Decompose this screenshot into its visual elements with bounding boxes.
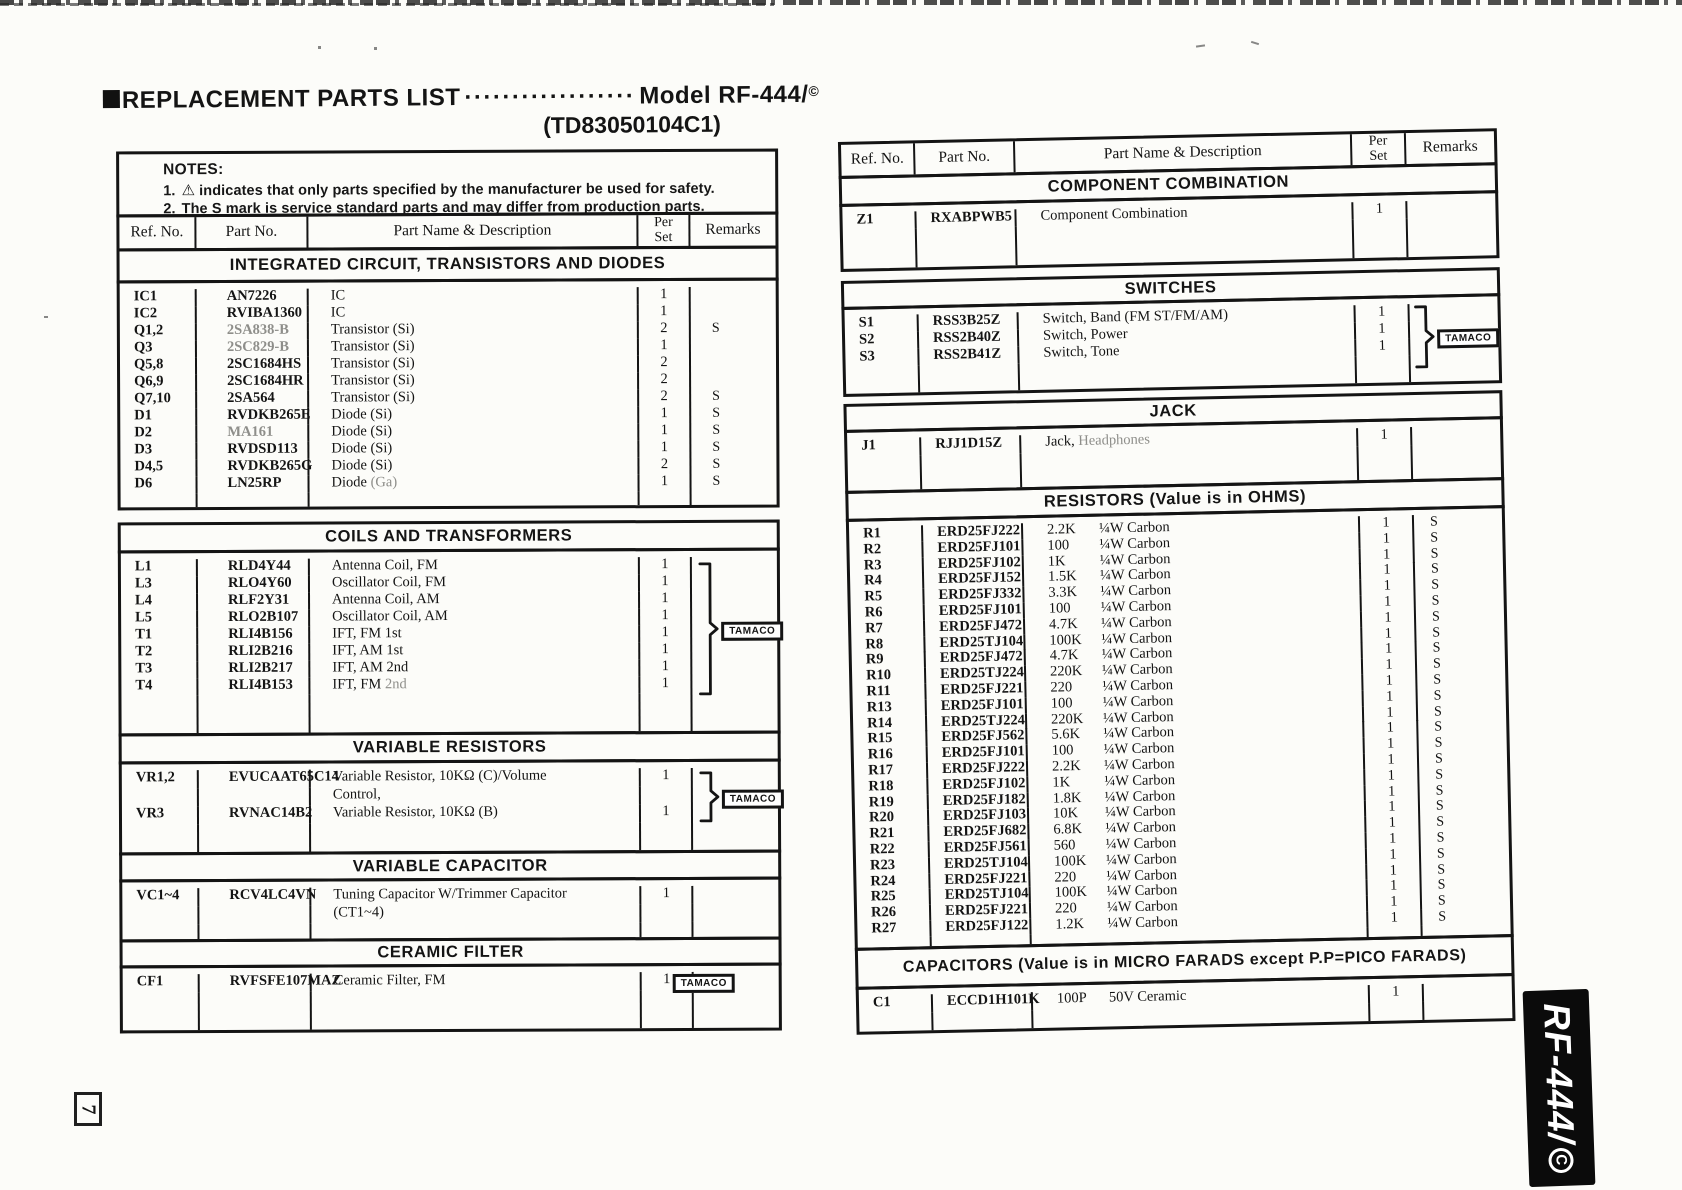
cell-desc: Diode (Si) xyxy=(309,406,639,424)
cell-part: RVFSFE107MAZ xyxy=(200,974,312,992)
cell-part: RVDKB265G xyxy=(197,459,309,476)
cell-per: 1 xyxy=(639,287,691,304)
brace-bracket xyxy=(695,561,720,702)
cell-per xyxy=(1370,1002,1424,1021)
cell-ref: Q6,9 xyxy=(120,374,197,391)
cell-part xyxy=(933,1010,1033,1030)
cell-per xyxy=(1368,926,1422,937)
cell-part: AN7226 xyxy=(197,289,309,306)
cell-rem: S xyxy=(691,389,776,406)
scan-noise-artifact xyxy=(0,3,774,6)
cell-rem xyxy=(692,491,777,505)
cell-ref xyxy=(848,455,923,491)
cell-per: 1 xyxy=(641,886,693,904)
cell-desc: Transistor (Si) xyxy=(309,389,639,407)
cell-ref: D4,5 xyxy=(120,459,197,476)
cell-ref: VR3 xyxy=(122,806,199,824)
cell-per: 1 xyxy=(1356,338,1410,356)
cell-rem xyxy=(1408,216,1497,257)
cell-desc: Variable Resistor, 10KΩ (B) xyxy=(311,804,641,823)
cell-part: 2SC1684HR xyxy=(197,374,309,391)
cell-ref: D1 xyxy=(120,408,197,425)
notes-heading: NOTES: xyxy=(163,159,775,180)
cell-part xyxy=(932,934,1032,946)
cell-desc: Tuning Capacitor W/Trimmer Capacitor xyxy=(311,886,641,905)
cell-rem xyxy=(694,990,779,1028)
cell-ref: IC1 xyxy=(120,289,197,306)
cell-per: 1 xyxy=(639,304,691,321)
document-header: REPLACEMENT PARTS LIST ·················… xyxy=(103,81,823,143)
cell-ref: R1 xyxy=(849,525,923,542)
col-header-perset: PerSet xyxy=(1352,133,1407,165)
cell-per: 1 xyxy=(640,608,692,625)
cell-per xyxy=(642,990,694,1028)
tamaco-overlay: TAMACO xyxy=(695,561,784,702)
cell-part xyxy=(199,788,311,806)
cell-desc: Oscillator Coil, FM xyxy=(310,574,640,592)
cell-per: 1 xyxy=(1368,910,1422,927)
cell-desc: Diode (Si) xyxy=(309,457,639,475)
list-marker-square xyxy=(103,90,120,108)
cell-per: 1 xyxy=(1364,689,1418,706)
cell-ref: R3 xyxy=(850,557,924,574)
leader-dots: ·················· xyxy=(464,82,635,111)
cell-rem xyxy=(1407,199,1495,218)
cell-ref: D2 xyxy=(120,425,197,442)
cell-desc: Transistor (Si) xyxy=(309,321,639,339)
cell-part: RLI4B153 xyxy=(198,678,310,695)
cell-part: 2SA838-B xyxy=(197,323,309,340)
cell-ref: R2 xyxy=(849,541,923,558)
cell-per: 2 xyxy=(639,457,691,474)
cell-part xyxy=(198,493,310,507)
cell-per: 1 xyxy=(641,804,693,822)
brace-bracket xyxy=(1410,304,1435,375)
cell-ref: R7 xyxy=(851,620,925,637)
cell-part: RJJ1D15Z xyxy=(921,435,1021,455)
cell-per: 1 xyxy=(1353,201,1407,219)
section-rows-switches: S1RSS3B25ZSwitch, Band (FM ST/FM/AM)1S2R… xyxy=(841,293,1502,397)
cell-per: 1 xyxy=(1355,304,1409,322)
cell-part: LN25RP xyxy=(197,476,309,493)
cell-part: 2SC829-B xyxy=(197,340,309,357)
cell-part: MA161 xyxy=(197,425,309,442)
cell-desc: Diode (Ga) xyxy=(309,474,639,492)
section-rows-cf: CF1RVFSFE107MAZCeramic Filter, FM1TAMACO xyxy=(120,963,782,1034)
cell-part xyxy=(200,992,312,1030)
cell-part: RVDKB265E xyxy=(197,408,309,425)
cell-per: 1 xyxy=(1365,752,1419,769)
cell-ref: S2 xyxy=(845,331,919,350)
section-rows-vc: VC1~4RCV4LC4VNTuning Capacitor W/Trimmer… xyxy=(119,877,781,943)
tamaco-overlay: TAMACO xyxy=(1410,302,1500,375)
cell-desc xyxy=(1021,446,1359,487)
model-code: (TD83050104C1) xyxy=(543,110,823,139)
cell-per: 1 xyxy=(640,659,692,676)
cell-desc: IC xyxy=(309,304,639,322)
cell-per: 1 xyxy=(640,574,692,591)
cell-desc: IFT, AM 1st xyxy=(310,642,640,660)
cell-ref: L3 xyxy=(121,576,198,593)
table-filler-row xyxy=(123,990,779,1031)
cell-ref: S1 xyxy=(845,314,919,333)
cell-part: RVNAC14B2 xyxy=(199,806,311,824)
parts-table-right: Ref. No. Part No. Part Name & Descriptio… xyxy=(838,131,1515,1035)
circled-c-mark: C xyxy=(1549,1147,1575,1173)
cell-ref xyxy=(843,228,918,269)
cell-desc: Diode (Si) xyxy=(309,423,639,441)
cell-per: 1 xyxy=(639,440,691,457)
scan-speck xyxy=(318,46,321,49)
cell-per: 2 xyxy=(639,372,691,389)
cell-part: RLO4Y60 xyxy=(198,576,310,593)
cell-ref: R8 xyxy=(851,636,925,653)
cell-per xyxy=(640,491,692,505)
cell-per: 2 xyxy=(639,389,691,406)
cell-per xyxy=(641,922,693,937)
cell-rem xyxy=(1422,924,1510,936)
cell-rem xyxy=(691,287,776,304)
cell-part: RLI2B217 xyxy=(198,661,310,678)
cell-ref: Q5,8 xyxy=(120,357,197,374)
cell-ref xyxy=(122,788,199,806)
cell-desc: Antenna Coil, FM xyxy=(310,557,640,575)
section-rows-coils: L1RLD4Y44Antenna Coil, FM1L3RLO4Y60Oscil… xyxy=(118,548,781,737)
cell-desc: Transistor (Si) xyxy=(309,355,639,373)
cell-ref xyxy=(121,493,198,507)
cell-per xyxy=(640,693,692,731)
note-item: 1.⚠indicates that only parts specified b… xyxy=(163,179,775,200)
cell-per: 1 xyxy=(1365,768,1419,785)
cell-part: RVIBA1360 xyxy=(197,306,309,323)
cell-rem xyxy=(693,904,778,922)
cell-desc: Transistor (Si) xyxy=(309,338,639,356)
cell-desc: IC xyxy=(309,287,639,305)
cell-part xyxy=(198,695,310,733)
cell-part: RLI4B156 xyxy=(198,627,310,644)
cell-rem xyxy=(693,922,778,937)
cell-rem xyxy=(691,338,776,355)
cell-part xyxy=(917,226,1018,267)
cell-ref: Q3 xyxy=(120,340,197,357)
cell-per xyxy=(641,786,693,804)
cell-ref: R23 xyxy=(856,857,930,874)
cell-ref: Q1,2 xyxy=(120,323,197,340)
cell-part: 2SC1684HS xyxy=(197,357,309,374)
cell-rem: S xyxy=(691,440,776,457)
cell-per xyxy=(641,904,693,922)
cell-ref xyxy=(859,1012,933,1032)
cell-part: RLF2Y31 xyxy=(198,593,310,610)
cell-part xyxy=(199,824,311,852)
tamaco-stamp: TAMACO xyxy=(722,790,784,809)
cell-rem xyxy=(1424,982,1512,1002)
cell-ref xyxy=(123,992,200,1030)
cell-ref: D6 xyxy=(120,476,197,493)
cell-per: 1 xyxy=(1356,321,1410,339)
cell-rem xyxy=(1424,1000,1512,1020)
cell-ref: T2 xyxy=(121,644,198,661)
cell-rem xyxy=(1412,443,1501,479)
cell-desc: Diode (Si) xyxy=(309,440,639,458)
cell-per: 1 xyxy=(1360,515,1414,532)
cell-desc: IFT, FM 1st xyxy=(310,625,640,643)
cell-per: 1 xyxy=(1358,427,1412,446)
cell-per: 2 xyxy=(639,355,691,372)
page-number-box: 7 xyxy=(74,1092,102,1126)
table-filler-row xyxy=(121,693,777,734)
cell-per xyxy=(1357,355,1412,383)
cell-per: 1 xyxy=(1367,847,1421,864)
cell-per: 1 xyxy=(640,642,692,659)
cell-ref: T4 xyxy=(121,678,198,695)
brace-bracket xyxy=(696,770,720,829)
cell-desc: Transistor (Si) xyxy=(309,372,639,390)
cell-per xyxy=(641,822,693,850)
copyright-mark: © xyxy=(808,83,819,99)
cell-desc: IFT, AM 2nd xyxy=(310,659,640,677)
table-filler-row xyxy=(122,822,778,853)
table-header-row: Ref. No. Part No. Part Name & Descriptio… xyxy=(116,212,778,252)
cell-rem: S xyxy=(691,474,776,491)
cell-per: 1 xyxy=(1367,831,1421,848)
cell-desc: Control, xyxy=(311,786,641,805)
cell-ref: L5 xyxy=(121,610,198,627)
cell-part: ECCD1H101K xyxy=(933,992,1033,1012)
cell-ref: S3 xyxy=(845,348,919,367)
model-number: Model RF-444/© xyxy=(639,81,819,111)
cell-desc xyxy=(310,693,640,732)
table-filler-row xyxy=(122,922,778,940)
cell-per: 1 xyxy=(1360,531,1414,548)
cell-rem xyxy=(691,372,776,389)
cell-ref: J1 xyxy=(847,437,921,457)
scan-speck xyxy=(1196,44,1205,47)
col-header-ref: Ref. No. xyxy=(841,143,916,176)
cell-part: RVDSD113 xyxy=(197,442,309,459)
cell-per xyxy=(1354,218,1409,258)
table-filler-row xyxy=(121,491,777,508)
cell-part: RLO2B107 xyxy=(198,610,310,627)
cell-per: 1 xyxy=(639,423,691,440)
cell-rem xyxy=(691,355,776,372)
cell-ref: Z1 xyxy=(842,211,916,230)
cell-ref: C1 xyxy=(859,994,933,1014)
cell-rem: S xyxy=(691,321,776,338)
cell-part xyxy=(920,363,1021,392)
cell-desc xyxy=(1020,356,1357,390)
tamaco-stamp: TAMACO xyxy=(721,622,783,641)
cell-ref: R4 xyxy=(850,573,924,590)
cell-ref: T3 xyxy=(121,661,198,678)
cell-per: 2 xyxy=(639,321,691,338)
cell-per: 1 xyxy=(1363,673,1417,690)
section-rows-resistors: R1ERD25FJ2222.2K¼W Carbon1SR2ERD25FJ1011… xyxy=(846,505,1514,951)
cell-ref xyxy=(846,365,921,394)
cell-per: 1 xyxy=(639,338,691,355)
cell-desc: IFT, FM 2nd xyxy=(310,676,640,694)
cell-part xyxy=(199,906,311,924)
col-header-perset: PerSet xyxy=(638,215,690,246)
tamaco-overlay: TAMACO xyxy=(671,974,735,993)
cell-ref: R13 xyxy=(853,699,927,716)
cell-per: 1 xyxy=(639,406,691,423)
side-tab-label: RF-444/ C xyxy=(1523,989,1596,1187)
cell-part xyxy=(199,924,311,939)
cell-ref: T1 xyxy=(121,627,198,644)
warning-triangle-icon: ⚠ xyxy=(182,181,196,199)
cell-rem xyxy=(691,304,776,321)
parts-table-left: NOTES: 1.⚠indicates that only parts spec… xyxy=(116,149,782,1034)
cell-ref xyxy=(122,906,199,924)
cell-desc xyxy=(311,922,641,938)
side-tab: RF-444/ C xyxy=(1523,989,1596,1187)
cell-desc xyxy=(1017,219,1355,265)
cell-per: 1 xyxy=(639,474,691,491)
cell-desc: Oscillator Coil, AM xyxy=(310,608,640,626)
cell-ref: R18 xyxy=(854,778,928,795)
cell-rem xyxy=(693,886,778,904)
cell-ref: VR1,2 xyxy=(122,770,199,788)
cell-ref: L1 xyxy=(121,559,198,576)
cell-ref xyxy=(122,924,199,939)
cell-per: 1 xyxy=(641,768,693,786)
col-header-desc: Part Name & Description xyxy=(308,215,638,247)
cell-ref: L4 xyxy=(121,593,198,610)
cell-ref: R27 xyxy=(857,920,931,937)
tamaco-stamp: TAMACO xyxy=(1437,328,1500,348)
section-rows-combo: Z1RXABPWB5Component Combination1 xyxy=(839,190,1499,272)
cell-rem: S xyxy=(691,457,776,474)
scan-speck xyxy=(1251,41,1259,45)
cell-part: RSS2B41Z xyxy=(919,346,1019,365)
cell-ref: R6 xyxy=(851,604,925,621)
cell-part: RCV4LC4VN xyxy=(199,888,311,906)
cell-part xyxy=(922,453,1023,489)
cell-part: RLD4Y44 xyxy=(198,559,310,576)
cell-desc: Antenna Coil, AM xyxy=(310,591,640,609)
tamaco-overlay: TAMACO xyxy=(696,770,784,829)
cell-rem: S xyxy=(691,423,776,440)
cell-part: RXABPWB5 xyxy=(916,209,1016,228)
section-rows-ic: IC1AN7226IC1IC2RVIBA1360IC1Q1,22SA838-BT… xyxy=(117,278,780,511)
page-title: REPLACEMENT PARTS LIST xyxy=(122,84,461,115)
cell-per: 1 xyxy=(1362,610,1416,627)
cell-ref xyxy=(121,695,198,733)
cell-desc xyxy=(310,491,640,506)
page-number: 7 xyxy=(77,1104,100,1114)
cell-part: EVUCAAT65C14 xyxy=(199,770,311,788)
cell-part: 2SA564 xyxy=(197,391,309,408)
section-rows-vr: VR1,2EVUCAAT65C14Variable Resistor, 10KΩ… xyxy=(119,759,781,856)
cell-per: 1 xyxy=(640,591,692,608)
scan-speck xyxy=(374,47,377,50)
cell-desc xyxy=(312,990,642,1029)
cell-per: 1 xyxy=(640,557,692,574)
cell-per xyxy=(1358,445,1413,480)
col-header-ref: Ref. No. xyxy=(119,217,196,248)
cell-ref xyxy=(122,824,199,852)
cell-ref xyxy=(858,936,932,948)
cell-ref: VC1~4 xyxy=(122,888,199,906)
cell-desc: Variable Resistor, 10KΩ (C)/Volume xyxy=(311,768,641,787)
cell-ref: R5 xyxy=(850,588,924,605)
cell-per: 1 xyxy=(640,625,692,642)
cell-rem xyxy=(1412,425,1500,445)
cell-per: 1 xyxy=(1370,984,1424,1003)
cell-part: RLI2B216 xyxy=(198,644,310,661)
col-header-part: Part No. xyxy=(196,217,308,248)
scan-speck xyxy=(44,316,48,318)
cell-per: 1 xyxy=(640,676,692,693)
col-header-part: Part No. xyxy=(915,141,1016,174)
col-header-remarks: Remarks xyxy=(690,215,775,246)
cell-desc: (CT1~4) xyxy=(311,904,641,923)
cell-ref: D3 xyxy=(120,442,197,459)
cell-desc xyxy=(311,822,641,851)
notes-box: NOTES: 1.⚠indicates that only parts spec… xyxy=(116,149,778,218)
cell-per: 1 xyxy=(1362,594,1416,611)
parts-list-document: REPLACEMENT PARTS LIST ·················… xyxy=(0,0,1682,1190)
cell-desc: Ceramic Filter, FM xyxy=(312,972,642,991)
tamaco-stamp: TAMACO xyxy=(673,974,735,993)
cell-ref: Q7,10 xyxy=(120,391,197,408)
cell-rem: S xyxy=(691,406,776,423)
cell-ref: CF1 xyxy=(123,974,200,992)
cell-ref: IC2 xyxy=(120,306,197,323)
col-header-remarks: Remarks xyxy=(1406,131,1495,164)
